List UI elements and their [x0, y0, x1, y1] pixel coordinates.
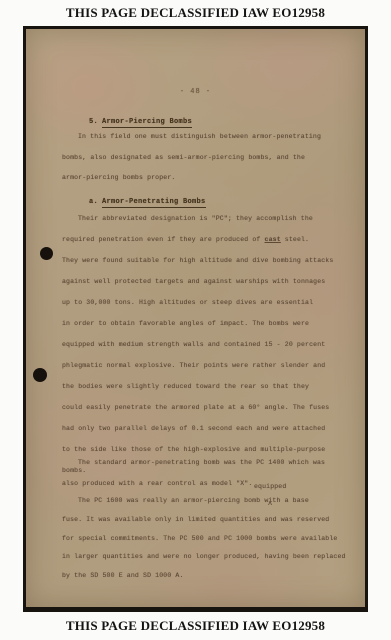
typed-line: armor-piercing bombs proper.	[62, 168, 347, 189]
punch-hole-icon	[33, 368, 47, 382]
typed-line: in larger quantities and were no longer …	[62, 548, 347, 567]
typed-line: Their abbreviated designation is "PC"; t…	[62, 208, 347, 229]
typed-line: The PC 1600 was really an armor-piercing…	[62, 492, 347, 511]
typed-line: by the SD 500 E and SD 1000 A.	[62, 567, 347, 586]
declassification-banner-bottom: THIS PAGE DECLASSIFIED IAW EO12958	[0, 618, 391, 634]
typed-line: In this field one must distinguish betwe…	[62, 127, 347, 148]
typed-line: phlegmatic normal explosive. Their point…	[62, 355, 347, 376]
typed-line: against well protected targets and again…	[62, 271, 347, 292]
typed-line: equipped with medium strength walls and …	[62, 334, 347, 355]
typed-line: required penetration even if they are pr…	[62, 229, 347, 250]
typed-line: in order to obtain favorable angles of i…	[62, 313, 347, 334]
typed-line: The standard armor-penetrating bomb was …	[62, 452, 347, 473]
scanned-page: - 48 - 5.Armor-Piercing Bombs In this fi…	[23, 26, 368, 612]
typed-line: for special commitments. The PC 500 and …	[62, 530, 347, 549]
page-number: - 48 -	[26, 88, 365, 96]
typed-line: bombs, also designated as semi-armor-pie…	[62, 148, 347, 169]
typed-line: fuse. It was available only in limited q…	[62, 511, 347, 530]
screenshot-root: { "header": { "text": "THIS PAGE DECLASS…	[0, 0, 391, 640]
page-content: - 48 - 5.Armor-Piercing Bombs In this fi…	[26, 29, 365, 607]
typed-insertion-word: equipped	[254, 483, 286, 490]
standard-bomb-paragraph: The standard armor-penetrating bomb was …	[62, 452, 347, 494]
typed-line: had only two parallel delays of 0.1 seco…	[62, 418, 347, 439]
declassification-banner-top: THIS PAGE DECLASSIFIED IAW EO12958	[0, 5, 391, 21]
intro-paragraph: In this field one must distinguish betwe…	[62, 127, 347, 189]
typed-line: up to 30,000 tons. High altitudes or ste…	[62, 292, 347, 313]
typed-line: also produced with a rear control as mod…	[62, 473, 347, 494]
body-paragraph: Their abbreviated designation is "PC"; t…	[62, 208, 347, 481]
typed-line: the bodies were slightly reduced toward …	[62, 376, 347, 397]
punch-hole-icon	[40, 247, 53, 260]
subsection-heading-prefix: a.	[89, 198, 98, 206]
typed-line: could easily penetrate the armored plate…	[62, 397, 347, 418]
closing-paragraph: The PC 1600 was really an armor-piercing…	[62, 492, 347, 586]
subsection-heading-title: Armor-Penetrating Bombs	[102, 198, 206, 208]
typed-line: They were found suitable for high altitu…	[62, 250, 347, 271]
section-heading-prefix: 5.	[89, 118, 98, 126]
